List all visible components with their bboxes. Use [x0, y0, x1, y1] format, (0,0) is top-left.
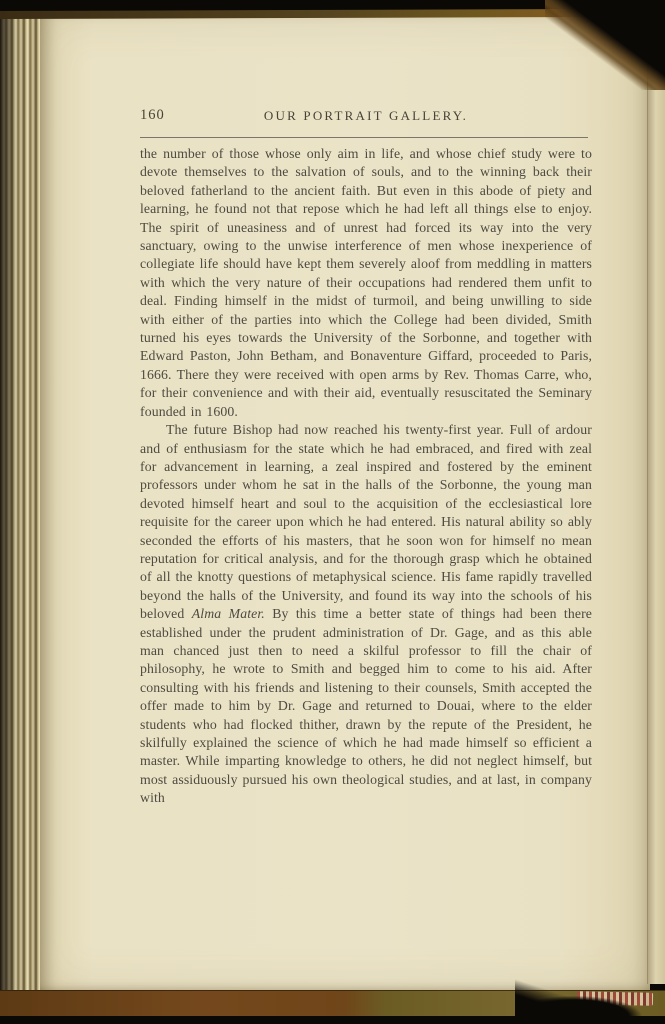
- body-text: the number of those whose only aim in li…: [140, 145, 592, 808]
- page-header: 160 OUR PORTRAIT GALLERY.: [140, 107, 592, 127]
- header-rule: [140, 137, 588, 138]
- corner-shadow-top-right: [545, 0, 665, 90]
- corner-shadow-bottom-right: [515, 975, 665, 1024]
- scanned-book-photo: 160 OUR PORTRAIT GALLERY. the number of …: [0, 0, 665, 1024]
- paragraph-2-post: By this time a better state of things ha…: [140, 606, 592, 805]
- paragraph-2-italic-phrase: Alma Mater.: [192, 606, 265, 621]
- book-page: 160 OUR PORTRAIT GALLERY. the number of …: [38, 14, 650, 992]
- page-fore-edge-right: [647, 62, 665, 984]
- paragraph-1: the number of those whose only aim in li…: [140, 145, 592, 421]
- paragraph-2: The future Bishop had now reached his tw…: [140, 421, 592, 808]
- page-edges-left: [0, 12, 40, 996]
- printed-content: 160 OUR PORTRAIT GALLERY. the number of …: [140, 14, 592, 808]
- paragraph-2-pre: The future Bishop had now reached his tw…: [140, 422, 592, 621]
- running-title: OUR PORTRAIT GALLERY.: [140, 108, 592, 124]
